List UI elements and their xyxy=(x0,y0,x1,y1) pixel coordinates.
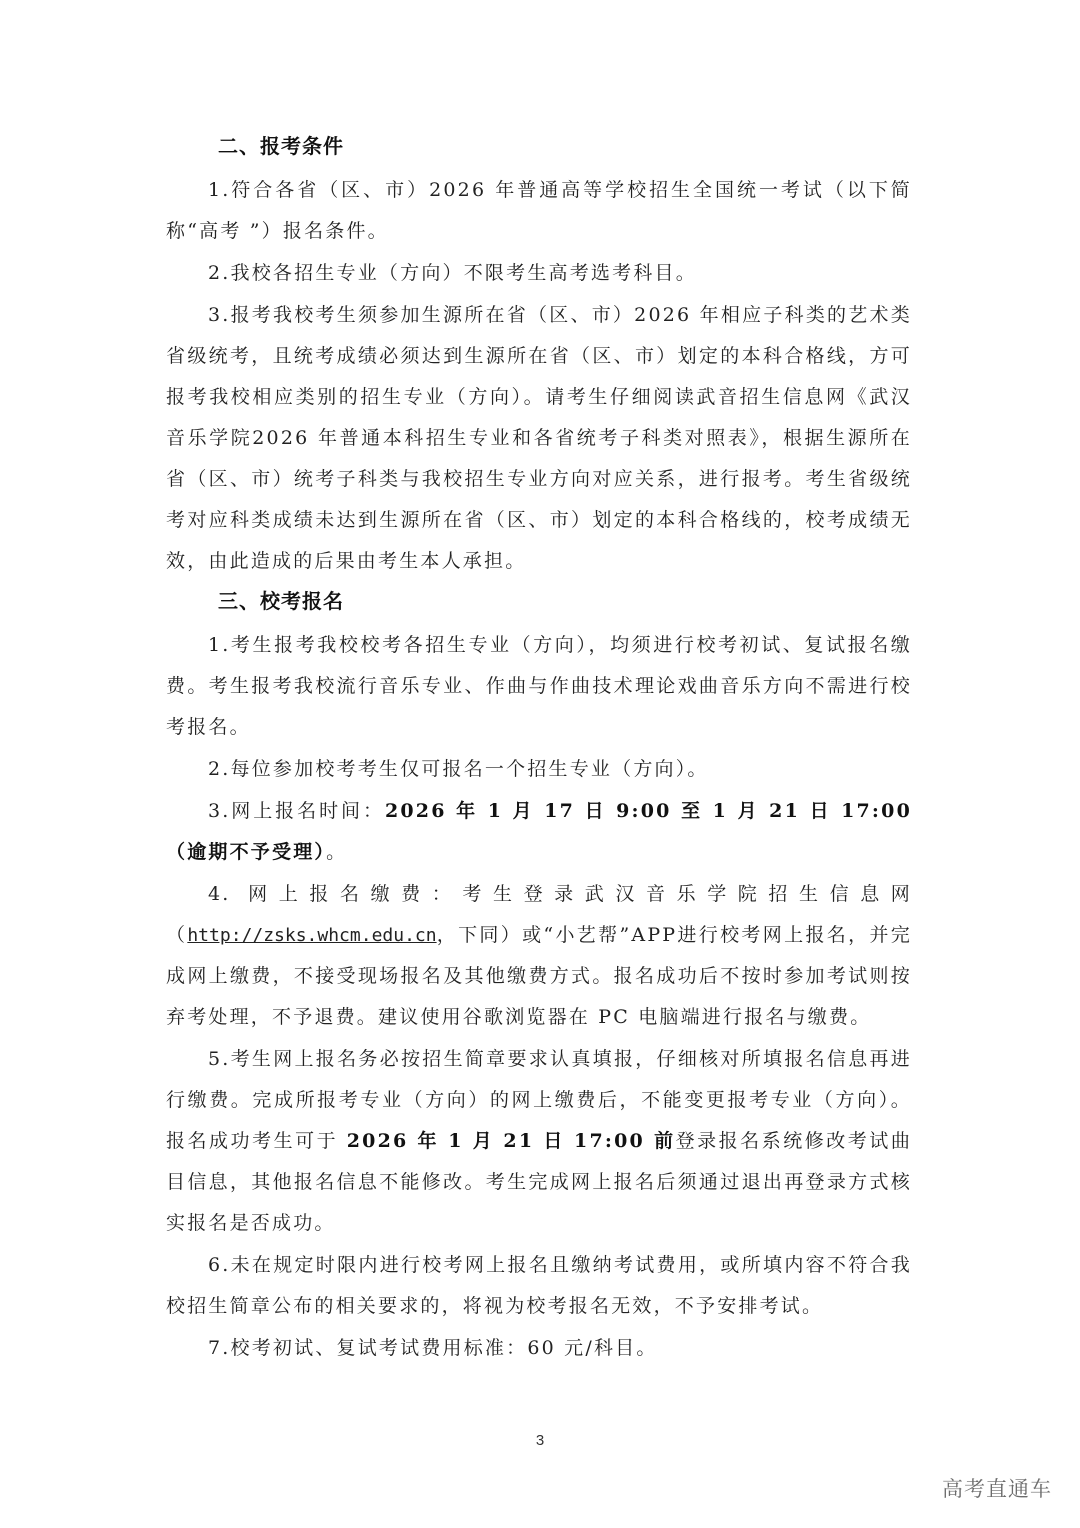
section-application-requirements: 二、报考条件 1.符合各省（区、市）2026 年普通高等学校招生全国统一考试（以… xyxy=(166,128,912,582)
paragraph: 2.我校各招生专业（方向）不限考生高考选考科目。 xyxy=(166,253,912,294)
document-body: 二、报考条件 1.符合各省（区、市）2026 年普通高等学校招生全国统一考试（以… xyxy=(166,128,912,1370)
paragraph: 6.未在规定时限内进行校考网上报名且缴纳考试费用，或所填内容不符合我校招生简章公… xyxy=(166,1245,912,1327)
paragraph: 1.考生报考我校校考各招生专业（方向），均须进行校考初试、复试报名缴费。考生报考… xyxy=(166,625,912,748)
modification-deadline: 2026 年 1 月 21 日 17:00 前 xyxy=(347,1130,676,1152)
paragraph-suffix: 。 xyxy=(326,841,347,863)
paragraph: 3.报考我校考生须参加生源所在省（区、市）2026 年相应子科类的艺术类省级统考… xyxy=(166,295,912,582)
paragraph-registration-time: 3.网上报名时间：2026 年 1 月 17 日 9:00 至 1 月 21 日… xyxy=(166,791,912,873)
paragraph: 7.校考初试、复试考试费用标准：60 元/科目。 xyxy=(166,1328,912,1369)
admissions-website-link[interactable]: http://zsks.whcm.edu.cn xyxy=(187,925,436,946)
paragraph: 2.每位参加校考考生仅可报名一个招生专业（方向）。 xyxy=(166,749,912,790)
paragraph: 1.符合各省（区、市）2026 年普通高等学校招生全国统一考试（以下简称“高考 … xyxy=(166,170,912,252)
document-page: 二、报考条件 1.符合各省（区、市）2026 年普通高等学校招生全国统一考试（以… xyxy=(0,0,1080,1528)
paragraph-prefix: 3.网上报名时间： xyxy=(208,800,385,822)
paragraph-modification-deadline: 5.考生网上报名务必按招生简章要求认真填报，仔细核对所填报名信息再进行缴费。完成… xyxy=(166,1039,912,1244)
section-heading: 二、报考条件 xyxy=(166,128,912,164)
section-heading: 三、校考报名 xyxy=(166,583,912,619)
paragraph-online-payment: 4. 网上报名缴费：考生登录武汉音乐学院招生信息网（http://zsks.wh… xyxy=(166,874,912,1038)
page-number: 3 xyxy=(0,1432,1080,1449)
watermark: 高考直通车 xyxy=(942,1473,1052,1503)
section-school-exam-registration: 三、校考报名 1.考生报考我校校考各招生专业（方向），均须进行校考初试、复试报名… xyxy=(166,583,912,1369)
